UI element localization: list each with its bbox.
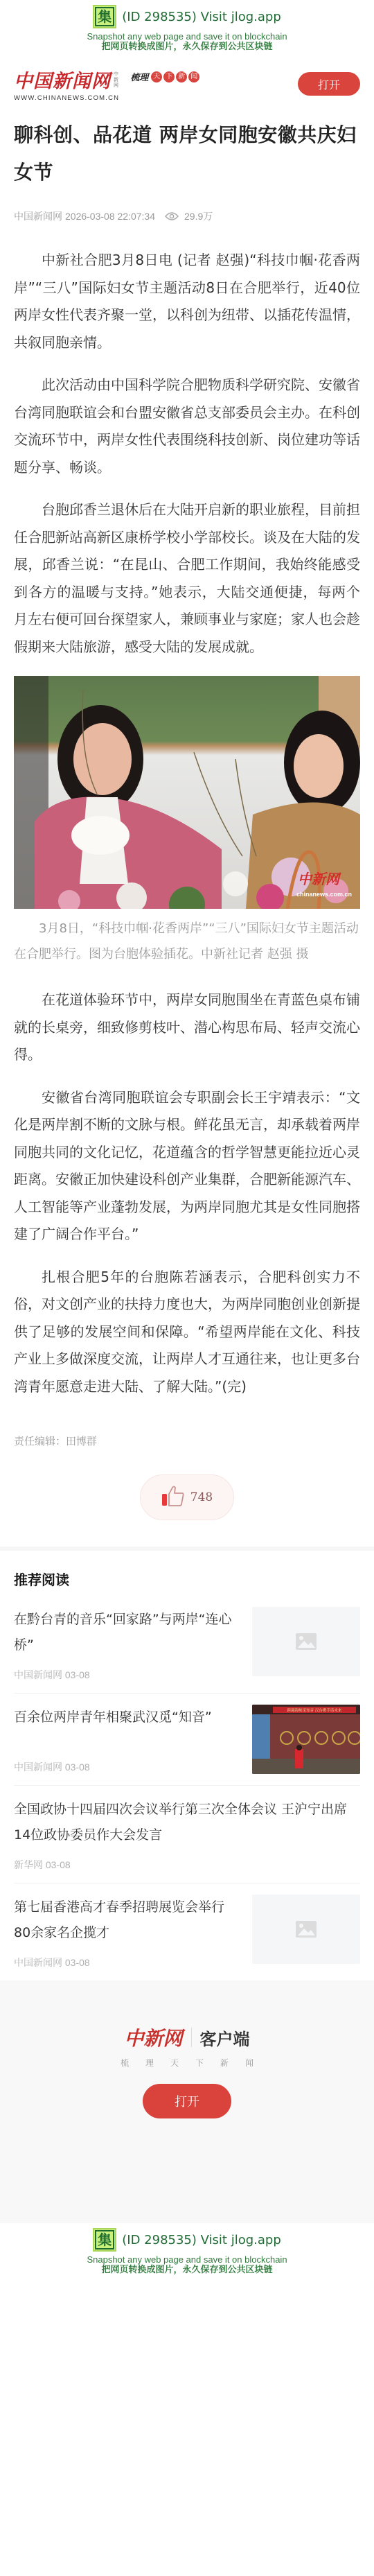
like-button[interactable]: 748 bbox=[140, 1474, 234, 1520]
article-paragraph: 扎根合肥5年的台胞陈若涵表示，合肥科创实力不俗，对文创产业的扶持力度也大，为两岸… bbox=[14, 1264, 360, 1401]
slogan-circle: 新 bbox=[176, 71, 187, 82]
svg-text:中新网: 中新网 bbox=[298, 871, 342, 887]
recommended-item-meta: 中国新闻网 03-08 bbox=[14, 1668, 235, 1682]
article-paragraph: 安徽省台湾同胞联谊会专职副会长王宇靖表示：“文化是两岸割不断的文脉与根。鲜花虽无… bbox=[14, 1084, 360, 1248]
svg-text:chinanews.com.cn: chinanews.com.cn bbox=[296, 891, 352, 898]
like-section: 748 bbox=[0, 1474, 374, 1520]
brand-divider bbox=[191, 2028, 192, 2047]
logo-block[interactable]: 中国新闻网 中新网 WWW.CHINANEWS.COM.CN 梳理 天 下 新 … bbox=[14, 66, 199, 102]
site-header: 中国新闻网 中新网 WWW.CHINANEWS.COM.CN 梳理 天 下 新 … bbox=[0, 58, 374, 110]
slogan-char: 天 bbox=[170, 2057, 179, 2069]
recommended-item-title: 在黔台青的音乐“回家路”与两岸“连心桥” bbox=[14, 1607, 235, 1658]
app-client-label: 客户端 bbox=[200, 2026, 250, 2050]
article-paragraph: 在花道体验环节中，两岸女同胞围坐在青蓝色桌布铺就的长桌旁，细致修剪枝叶、潜心构思… bbox=[14, 986, 360, 1069]
slogan-circle: 天 bbox=[151, 71, 162, 82]
app-brand: 中新网 客户端 bbox=[124, 2024, 249, 2051]
slogan-char: 闻 bbox=[245, 2057, 253, 2069]
article-photo[interactable]: 中新网 chinanews.com.cn bbox=[14, 676, 360, 909]
header-slogan: 梳理 天 下 新 闻 bbox=[130, 70, 199, 83]
recommended-item-meta: 新华网 03-08 bbox=[14, 1858, 360, 1872]
image-placeholder-icon bbox=[296, 1921, 317, 1938]
svg-text:跨越海峡觅知音 汉台携手话未来: 跨越海峡觅知音 汉台携手话未来 bbox=[287, 1707, 342, 1713]
jlog-badge-icon: 集 bbox=[93, 2228, 116, 2252]
view-count: 29.9万 bbox=[184, 209, 213, 223]
recommended-item[interactable]: 全国政协十四届四次会议举行第三次全体会议 王沪宁出席 14位政协委员作大会发言 … bbox=[14, 1786, 360, 1883]
slogan-prefix: 梳理 bbox=[130, 70, 148, 83]
jlog-subtitle-cn: 把网页转换成图片，永久保存到公共区块链 bbox=[0, 42, 374, 53]
jlog-subtitle-en: Snapshot any web page and save it on blo… bbox=[0, 2254, 374, 2265]
slogan-char: 理 bbox=[145, 2057, 154, 2069]
slogan-char: 下 bbox=[195, 2057, 204, 2069]
thumbnail-placeholder bbox=[252, 1607, 360, 1676]
section-divider bbox=[0, 1547, 374, 1551]
article-body: 中新社合肥3月8日电 (记者 赵强)“科技巾帼·花香两岸”“三八”国际妇女节主题… bbox=[14, 247, 360, 1400]
jlog-subtitle-en: Snapshot any web page and save it on blo… bbox=[0, 31, 374, 42]
like-count: 748 bbox=[190, 1490, 213, 1504]
jlog-banner-top: 集 (ID 298535) Visit jlog.app Snapshot an… bbox=[0, 0, 374, 58]
app-download-footer: 中新网 客户端 梳 理 天 下 新 闻 打开 bbox=[0, 1981, 374, 2223]
open-app-button-footer[interactable]: 打开 bbox=[143, 2084, 231, 2118]
recommended-title: 推荐阅读 bbox=[14, 1569, 360, 1589]
slogan-circle: 闻 bbox=[188, 71, 199, 82]
recommended-item[interactable]: 百余位两岸青年相聚武汉觅“知音” 中国新闻网 03-08 跨越海峡觅知音 汉台携… bbox=[14, 1694, 360, 1786]
eye-icon bbox=[165, 211, 179, 221]
article-paragraph: 台胞邱香兰退休后在大陆开启新的职业旅程，目前担任合肥新站高新区康桥学校小学部校长… bbox=[14, 496, 360, 661]
recommended-item[interactable]: 在黔台青的音乐“回家路”与两岸“连心桥” 中国新闻网 03-08 bbox=[14, 1596, 360, 1694]
logo-url: WWW.CHINANEWS.COM.CN bbox=[14, 94, 119, 102]
logo-vertical-text: 中新网 bbox=[114, 71, 119, 88]
responsible-editor: 责任编辑：田博群 bbox=[14, 1434, 360, 1448]
article: 聊科创、品花道 两岸女同胞安徽共庆妇女节 中国新闻网 2026-03-08 22… bbox=[0, 116, 374, 1448]
image-placeholder-icon bbox=[296, 1633, 317, 1650]
recommended-item-meta: 中国新闻网 03-08 bbox=[14, 1760, 235, 1774]
thumbs-up-icon bbox=[161, 1485, 185, 1510]
app-logo: 中新网 bbox=[124, 2024, 182, 2051]
photo-caption: 3月8日，“科技巾帼·花香两岸”“三八”国际妇女节主题活动在合肥举行。图为台胞体… bbox=[14, 916, 360, 967]
recommended-item-meta: 中国新闻网 03-08 bbox=[14, 1956, 235, 1969]
article-title: 聊科创、品花道 两岸女同胞安徽共庆妇女节 bbox=[14, 116, 360, 191]
article-datetime: 2026-03-08 22:07:34 bbox=[65, 211, 155, 222]
article-meta: 中国新闻网 2026-03-08 22:07:34 29.9万 bbox=[14, 209, 360, 223]
recommended-section: 推荐阅读 在黔台青的音乐“回家路”与两岸“连心桥” 中国新闻网 03-08 百余… bbox=[0, 1569, 374, 1981]
article-paragraph: 中新社合肥3月8日电 (记者 赵强)“科技巾帼·花香两岸”“三八”国际妇女节主题… bbox=[14, 247, 360, 356]
slogan-char: 梳 bbox=[121, 2057, 129, 2069]
jlog-subtitle-cn: 把网页转换成图片，永久保存到公共区块链 bbox=[0, 2265, 374, 2276]
thumbnail-placeholder bbox=[252, 1895, 360, 1964]
article-source: 中国新闻网 bbox=[14, 209, 62, 223]
slogan-char: 新 bbox=[220, 2057, 229, 2069]
recommended-item-title: 全国政协十四届四次会议举行第三次全体会议 王沪宁出席 14位政协委员作大会发言 bbox=[14, 1797, 360, 1848]
article-paragraph: 此次活动由中国科学院合肥物质科学研究院、安徽省台湾同胞联谊会和台盟安徽省总支部委… bbox=[14, 372, 360, 481]
jlog-banner-bottom: 集 (ID 298535) Visit jlog.app Snapshot an… bbox=[0, 2223, 374, 2281]
jlog-badge-icon: 集 bbox=[93, 5, 116, 28]
recommended-item-title: 第七届香港高才春季招聘展览会举行 80余家名企揽才 bbox=[14, 1895, 235, 1946]
slogan-circle: 下 bbox=[163, 71, 175, 82]
recommended-item[interactable]: 第七届香港高才春季招聘展览会举行 80余家名企揽才 中国新闻网 03-08 bbox=[14, 1883, 360, 1981]
chinanews-logo: 中国新闻网 bbox=[14, 66, 111, 93]
recommended-item-title: 百余位两岸青年相聚武汉觅“知音” bbox=[14, 1705, 235, 1730]
jlog-title[interactable]: (ID 298535) Visit jlog.app bbox=[122, 2233, 281, 2247]
jlog-badge-char: 集 bbox=[95, 2230, 114, 2249]
photo-illustration: 中新网 chinanews.com.cn bbox=[14, 676, 360, 909]
open-app-button-header[interactable]: 打开 bbox=[298, 72, 360, 96]
jlog-badge-char: 集 bbox=[95, 7, 114, 26]
jlog-title[interactable]: (ID 298535) Visit jlog.app bbox=[122, 10, 281, 24]
app-slogan: 梳 理 天 下 新 闻 bbox=[121, 2057, 253, 2069]
thumbnail-photo: 跨越海峡觅知音 汉台携手话未来 bbox=[252, 1705, 360, 1774]
